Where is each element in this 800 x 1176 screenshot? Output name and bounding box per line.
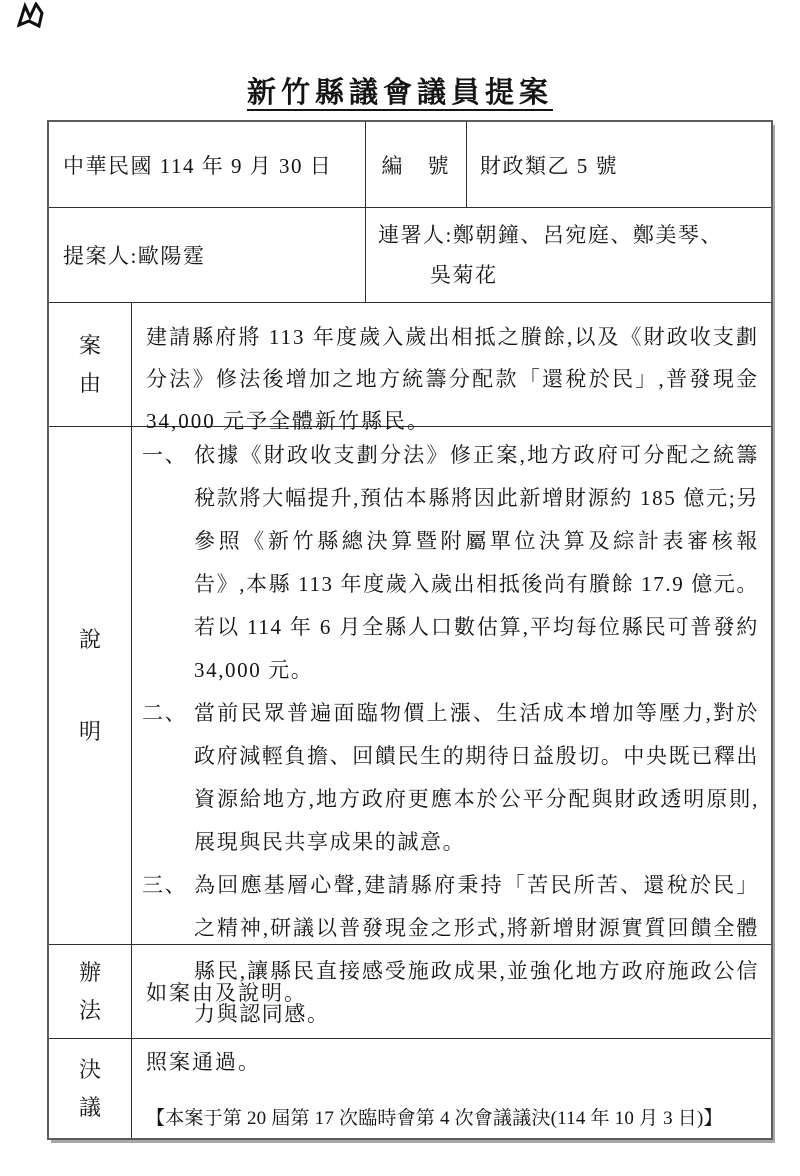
method-label: 辦 法 (49, 945, 132, 1038)
explanation-label-char-1: 說 (79, 625, 101, 655)
case-label-char-1: 案 (79, 331, 101, 361)
explanation-row: 說 明 一、 依據《財政收支劃分法》修正案,地方政府可分配之統籌稅款將大幅提升,… (49, 427, 771, 945)
case-label-char-2: 由 (79, 369, 101, 399)
item-2-number: 二、 (142, 692, 194, 864)
proposer-cell: 提案人:歐陽霆 (49, 208, 366, 302)
case-text: 建請縣府將 113 年度歲入歲出相抵之賸餘,以及《財政收支劃分法》修法後增加之地… (132, 303, 771, 442)
method-row: 辦 法 如案由及說明。 (49, 945, 771, 1039)
resolution-label-char-1: 決 (79, 1055, 101, 1085)
item-1-text: 依據《財政收支劃分法》修正案,地方政府可分配之統籌稅款將大幅提升,預估本縣將因此… (194, 434, 761, 692)
item-1-number: 一、 (142, 434, 194, 692)
case-label: 案 由 (49, 303, 132, 426)
method-label-char-2: 法 (79, 996, 101, 1026)
resolution-row: 決 議 照案通過。 【本案于第 20 屆第 17 次臨時會第 4 次會議議決(1… (49, 1039, 771, 1138)
scan-artifact-mark (16, 2, 46, 29)
cosigners-line1: 連署人:鄭朝鐘、呂宛庭、鄭美琴、 (378, 215, 761, 255)
case-row: 案 由 建請縣府將 113 年度歲入歲出相抵之賸餘,以及《財政收支劃分法》修法後… (49, 303, 771, 427)
date-cell: 中華民國 114 年 9 月 30 日 (49, 122, 366, 207)
resolution-label-char-2: 議 (79, 1093, 101, 1123)
resolution-meeting-note: 【本案于第 20 屆第 17 次臨時會第 4 次會議議決(114 年 10 月 … (146, 1107, 767, 1131)
case-content: 建請縣府將 113 年度歲入歲出相抵之賸餘,以及《財政收支劃分法》修法後增加之地… (132, 303, 771, 426)
explanation-content: 一、 依據《財政收支劃分法》修正案,地方政府可分配之統籌稅款將大幅提升,預估本縣… (132, 427, 771, 944)
case-number-label: 編 號 (366, 122, 467, 207)
meta-row: 中華民國 114 年 9 月 30 日 編 號 財政類乙 5 號 (49, 122, 771, 208)
explanation-label-char-2: 明 (79, 717, 101, 747)
proposal-table: 中華民國 114 年 9 月 30 日 編 號 財政類乙 5 號 提案人:歐陽霆… (47, 120, 773, 1140)
item-2-text: 當前民眾普遍面臨物價上漲、生活成本增加等壓力,對於政府減輕負擔、回饋民生的期待日… (194, 692, 761, 864)
cosigners-line2: 吳菊花 (378, 255, 761, 295)
method-content: 如案由及說明。 (132, 945, 771, 1038)
resolution-label: 決 議 (49, 1039, 132, 1138)
explanation-item-1: 一、 依據《財政收支劃分法》修正案,地方政府可分配之統籌稅款將大幅提升,預估本縣… (142, 434, 761, 692)
method-label-char-1: 辦 (79, 958, 101, 988)
resolution-text: 照案通過。 (146, 1050, 767, 1074)
method-text: 如案由及說明。 (132, 945, 771, 1038)
cosigners-cell: 連署人:鄭朝鐘、呂宛庭、鄭美琴、 吳菊花 (366, 208, 771, 302)
page-title: 新竹縣議會議員提案 (0, 70, 800, 111)
resolution-content: 照案通過。 【本案于第 20 屆第 17 次臨時會第 4 次會議議決(114 年… (132, 1039, 771, 1138)
people-row: 提案人:歐陽霆 連署人:鄭朝鐘、呂宛庭、鄭美琴、 吳菊花 (49, 208, 771, 303)
document-page: 新竹縣議會議員提案 中華民國 114 年 9 月 30 日 編 號 財政類乙 5… (0, 0, 800, 1176)
case-number-value: 財政類乙 5 號 (467, 122, 771, 207)
explanation-item-2: 二、 當前民眾普遍面臨物價上漲、生活成本增加等壓力,對於政府減輕負擔、回饋民生的… (142, 692, 761, 864)
explanation-label: 說 明 (49, 427, 132, 944)
